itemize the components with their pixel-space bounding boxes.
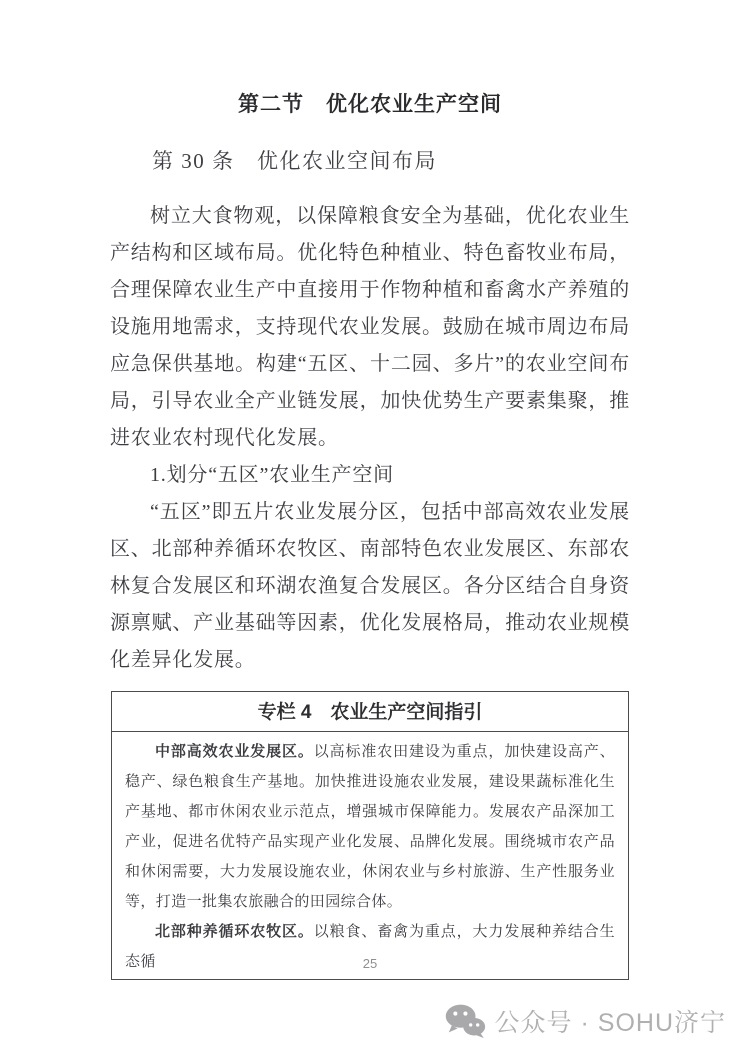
callout-paragraph-lead: 中部高效农业发展区。 [155, 744, 314, 760]
watermark: 公众号 · SOHU济宁 [444, 1003, 726, 1039]
callout-paragraph-text: 以高标准农田建设为重点，加快建设高产、稳产、绿色粮食生产基地。加快推进设施农业发… [125, 744, 615, 910]
callout-box-title: 专栏 4 农业生产空间指引 [112, 692, 628, 732]
callout-box: 专栏 4 农业生产空间指引 中部高效农业发展区。以高标准农田建设为重点，加快建设… [111, 691, 629, 980]
paragraph: 树立大食物观，以保障粮食安全为基础，优化农业生产结构和区域布局。优化特色种植业、… [110, 198, 630, 457]
callout-paragraph-lead: 北部种养循环农牧区。 [155, 924, 314, 940]
paragraph: “五区”即五片农业发展分区，包括中部高效农业发展区、北部种养循环农牧区、南部特色… [110, 494, 630, 679]
watermark-text: 公众号 · SOHU济宁 [495, 1003, 726, 1039]
callout-box-body: 中部高效农业发展区。以高标准农田建设为重点，加快建设高产、稳产、绿色粮食生产基地… [112, 732, 628, 979]
wechat-icon [444, 1003, 486, 1039]
callout-paragraph: 中部高效农业发展区。以高标准农田建设为重点，加快建设高产、稳产、绿色粮食生产基地… [125, 737, 615, 917]
page-number: 25 [0, 956, 740, 971]
sub-heading: 1.划分“五区”农业生产空间 [110, 457, 630, 494]
section-title: 第二节 优化农业生产空间 [110, 0, 630, 120]
document-page: 第二节 优化农业生产空间 第 30 条 优化农业空间布局 树立大食物观，以保障粮… [0, 0, 740, 1047]
article-heading: 第 30 条 优化农业空间布局 [110, 146, 630, 176]
